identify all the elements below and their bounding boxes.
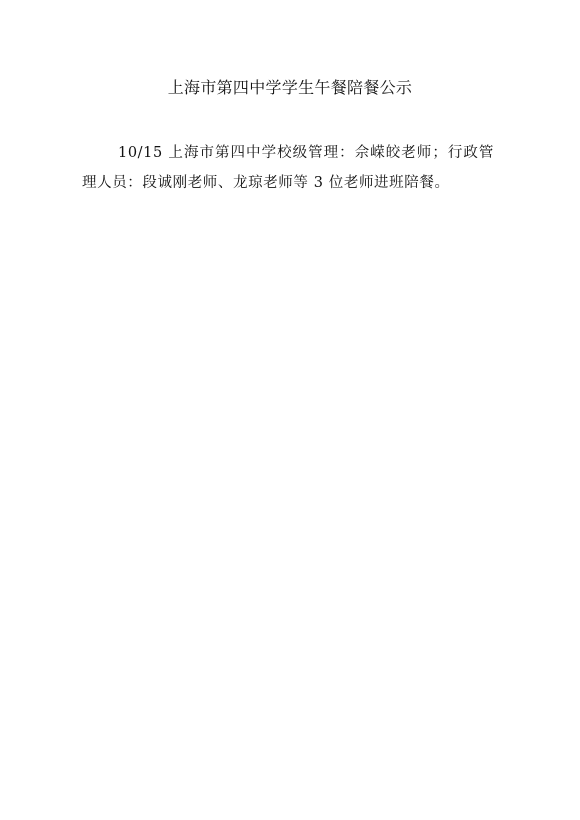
document-page: 上海市第四中学学生午餐陪餐公示 10/15 上海市第四中学校级管理：佘嵘皎老师；…: [0, 0, 580, 820]
body-paragraph: 10/15 上海市第四中学校级管理：佘嵘皎老师；行政管理人员：段诚刚老师、龙琼老…: [82, 138, 494, 198]
document-title: 上海市第四中学学生午餐陪餐公示: [0, 77, 580, 99]
